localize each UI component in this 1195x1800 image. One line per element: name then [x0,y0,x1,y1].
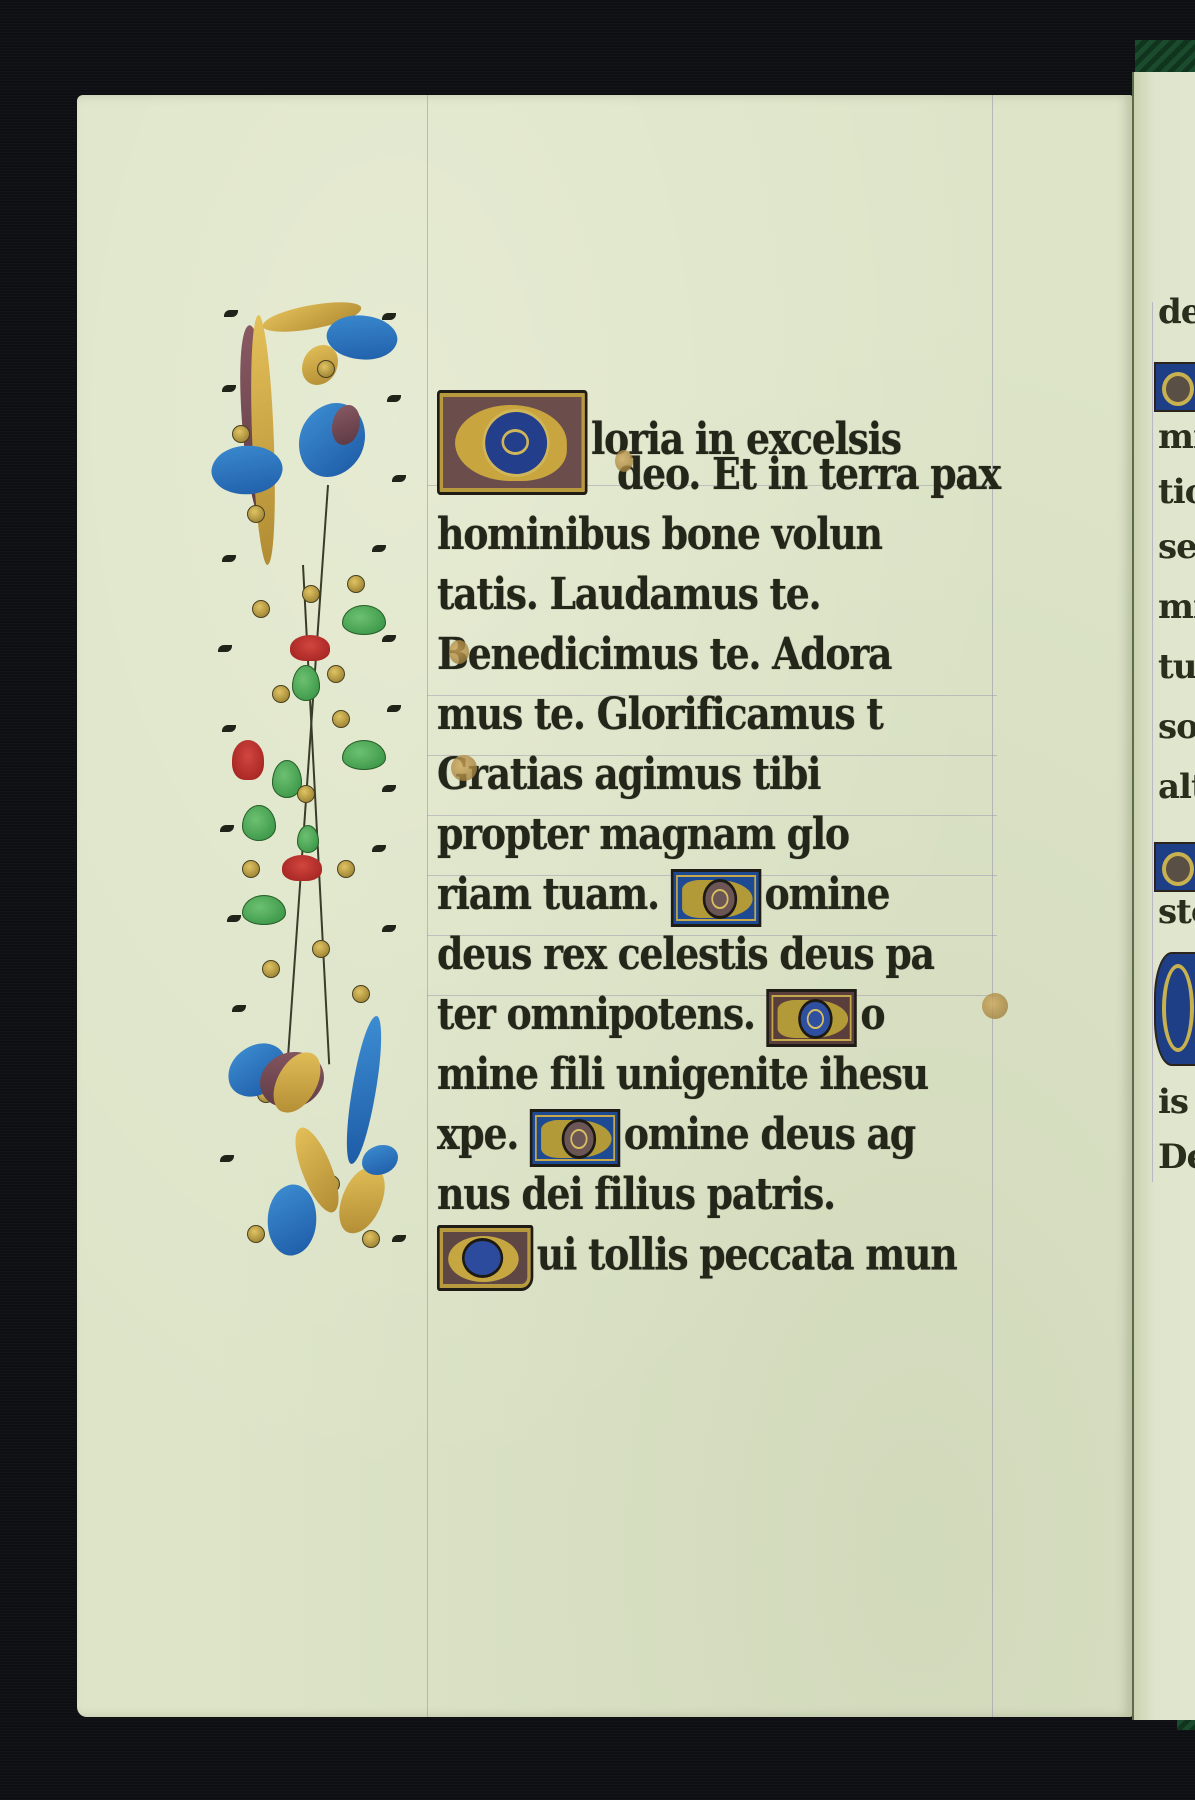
red-flower [290,635,330,661]
gold-tint-capital [449,640,469,664]
ink-sprig [220,825,234,832]
facing-text-fragment: mi [1158,417,1195,457]
illuminated-initial-g [437,390,588,495]
ink-sprig [392,1235,406,1242]
facing-text-fragment: De [1158,1137,1195,1177]
text-line-5: Benedicimus te. Adora [437,625,891,685]
gold-bezant [247,505,265,523]
facing-initial [1154,842,1195,892]
green-leaf [292,665,320,701]
green-leaf [297,825,319,853]
ink-sprig [222,385,236,392]
line-text: ui tollis peccata mun [537,1230,957,1281]
gold-bezant [352,985,370,1003]
facing-text-fragment: sol [1158,707,1195,747]
text-line-1: loria in excelsis [437,390,901,450]
red-flower [232,740,264,780]
text-line-3: hominibus bone volun [437,505,882,565]
text-line-4: tatis. Laudamus te. [437,565,820,625]
gold-bezant [302,585,320,603]
text-line-2: deo. Et in terra pax [617,445,1000,505]
illuminated-initial-d [671,869,761,927]
gold-tint-capital [615,450,633,472]
facing-initial-large [1154,952,1195,1066]
gold-bezant [272,685,290,703]
facing-text-fragment: sto [1158,892,1195,932]
gold-bezant [232,425,250,443]
ink-sprig [218,645,232,652]
gold-bezant [337,860,355,878]
gold-bezant [262,960,280,978]
text-line-10: deus rex celestis deus pa [437,925,934,985]
ink-sprig [382,635,396,642]
green-leaf [242,895,286,925]
red-flower [282,855,322,881]
ink-sprig [232,1005,246,1012]
acanthus-blue [287,395,377,485]
facing-text-fragment: tio [1158,472,1195,512]
text-line-8: propter magnam glo [437,805,849,865]
text-line-11: ter omnipotens. o [437,985,884,1045]
line-text: omine [764,869,889,920]
text-line-9: riam tuam. omine [437,865,889,925]
green-leaf [342,605,386,635]
gold-bezant [327,665,345,683]
facing-page: de mi tio sede mi tu sol alt sto is De [1132,72,1195,1720]
acanthus-blue-stem [342,1014,387,1166]
facing-initial [1154,362,1195,412]
ink-sprig [227,915,241,922]
text-line-6: mus te. Glorificamus t [437,685,883,745]
illuminated-initial-d [530,1109,620,1167]
facing-text-fragment: mi [1158,587,1195,627]
gold-bezant [252,600,270,618]
gold-bezant [332,710,350,728]
facing-text-fragment: alt [1158,767,1195,807]
text-line-12: mine fili unigenite ihesu [437,1045,928,1105]
ink-sprig [220,1155,234,1162]
green-leaf [242,805,276,841]
facing-text-fragment: is [1158,1082,1188,1122]
ink-sprig [382,785,396,792]
ink-sprig [392,475,406,482]
ink-sprig [224,310,238,317]
illuminated-initial-d [767,989,857,1047]
facing-text-fragment: de [1158,292,1195,332]
line-text: riam tuam. [437,869,659,920]
illuminated-initial-q [437,1225,533,1291]
gold-tint-capital [451,755,477,781]
text-line-7: Gratias agimus tibi [437,745,820,805]
ruling-line-vertical [992,95,993,1717]
ink-sprig [387,705,401,712]
green-leaf [342,740,386,770]
gold-bezant [317,360,335,378]
gold-bezant [347,575,365,593]
line-text: xpe. [437,1109,518,1160]
gold-bezant [312,940,330,958]
gold-tint-capital [982,993,1008,1019]
manuscript-page: loria in excelsis deo. Et in terra pax h… [77,95,1132,1717]
ink-sprig [382,925,396,932]
text-line-14: nus dei filius patris. [437,1165,835,1225]
ink-sprig [382,313,396,320]
ink-sprig [222,555,236,562]
facing-text-fragment: sede [1158,527,1195,567]
gold-bezant [242,860,260,878]
floral-border [222,305,452,1265]
gold-bezant [247,1225,265,1243]
line-text: o [860,989,884,1040]
ink-sprig [222,725,236,732]
gold-bezant [362,1230,380,1248]
facing-page-ruling [1152,302,1153,1182]
text-line-15: ui tollis peccata mun [437,1225,956,1285]
ink-sprig [372,545,386,552]
text-line-13: xpe. omine deus ag [437,1105,915,1165]
acanthus-blue [362,1145,398,1175]
line-text: ter omnipotens. [437,989,755,1040]
ink-sprig [387,395,401,402]
gold-bezant [297,785,315,803]
line-text: omine deus ag [624,1109,915,1160]
ink-sprig [372,845,386,852]
facing-text-fragment: tu [1158,647,1195,687]
